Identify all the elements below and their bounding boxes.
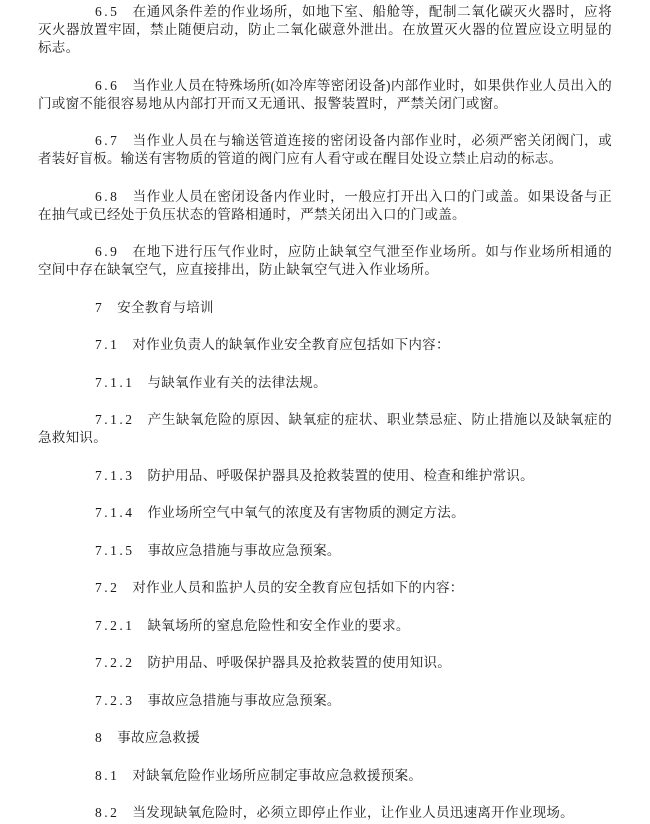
section-7-2-2: 7.2.2防护用品、呼吸保护器具及抢救装置的使用知识。 (38, 654, 612, 672)
section-number: 8.2 (95, 805, 119, 820)
section-6-9: 6.9在地下进行压气作业时，应防止缺氧空气泄至作业场所。如与作业场所相通的空间中… (38, 243, 612, 279)
section-6-8: 6.8当作业人员在密闭设备内作业时，一般应打开出入口的门或盖。如果设备与正在抽气… (38, 188, 612, 224)
document-body: 6.5在通风条件差的作业场所，如地下室、船舱等，配制二氧化碳灭火器时，应将灭火器… (38, 3, 612, 822)
section-number: 7.2.2 (95, 655, 135, 670)
section-number: 7.2.3 (95, 693, 135, 708)
section-text: 对作业人员和监护人员的安全教育应包括如下的内容： (132, 580, 463, 595)
section-text: 当作业人员在特殊场所(如冷库等密闭设备)内部作业时，如果供作业人员出入的门或窗不… (38, 78, 612, 111)
section-number: 7.2.1 (95, 618, 135, 633)
section-text: 防护用品、呼吸保护器具及抢救装置的使用、检查和维护常识。 (148, 468, 534, 483)
section-6-5: 6.5在通风条件差的作业场所，如地下室、船舱等，配制二氧化碳灭火器时，应将灭火器… (38, 3, 612, 57)
section-text: 当发现缺氧危险时，必须立即停止作业，让作业人员迅速离开作业现场。 (132, 805, 574, 820)
section-text: 对作业负责人的缺氧作业安全教育应包括如下内容： (132, 337, 449, 352)
chapter-7-heading: 7安全教育与培训 (38, 299, 612, 317)
section-8-1: 8.1对缺氧危险作业场所应制定事故应急救援预案。 (38, 767, 612, 785)
section-number: 8.1 (95, 768, 119, 783)
section-number: 6.7 (95, 133, 119, 148)
section-7-2: 7.2对作业人员和监护人员的安全教育应包括如下的内容： (38, 579, 612, 597)
section-number: 7.1.4 (95, 505, 135, 520)
chapter-number: 8 (95, 730, 104, 745)
section-number: 6.9 (95, 244, 119, 259)
section-7-1-3: 7.1.3防护用品、呼吸保护器具及抢救装置的使用、检查和维护常识。 (38, 467, 612, 485)
section-6-7: 6.7当作业人员在与输送管道连接的密闭设备内部作业时，必须严密关闭阀门，或者装好… (38, 132, 612, 168)
chapter-title: 事故应急救援 (117, 730, 200, 745)
document-page: 6.5在通风条件差的作业场所，如地下室、船舱等，配制二氧化碳灭火器时，应将灭火器… (0, 0, 650, 824)
section-text: 防护用品、呼吸保护器具及抢救装置的使用知识。 (148, 655, 452, 670)
section-7-1-5: 7.1.5事故应急措施与事故应急预案。 (38, 542, 612, 560)
section-text: 事故应急措施与事故应急预案。 (148, 543, 341, 558)
section-7-1-2: 7.1.2产生缺氧危险的原因、缺氧症的症状、职业禁忌症、防止措施以及缺氧症的急救… (38, 411, 612, 447)
section-number: 7.1.2 (95, 412, 135, 427)
section-number: 7.1.5 (95, 543, 135, 558)
section-number: 6.6 (95, 78, 119, 93)
chapter-number: 7 (95, 300, 104, 315)
section-7-1-1: 7.1.1与缺氧作业有关的法律法规。 (38, 374, 612, 392)
section-text: 与缺氧作业有关的法律法规。 (148, 375, 327, 390)
chapter-title: 安全教育与培训 (117, 300, 214, 315)
section-text: 缺氧场所的窒息危险性和安全作业的要求。 (148, 618, 410, 633)
chapter-8-heading: 8事故应急救援 (38, 729, 612, 747)
section-6-6: 6.6当作业人员在特殊场所(如冷库等密闭设备)内部作业时，如果供作业人员出入的门… (38, 77, 612, 113)
section-text: 对缺氧危险作业场所应制定事故应急救援预案。 (132, 768, 422, 783)
section-7-1-4: 7.1.4作业场所空气中氧气的浓度及有害物质的测定方法。 (38, 504, 612, 522)
section-number: 7.1 (95, 337, 119, 352)
section-text: 当作业人员在与输送管道连接的密闭设备内部作业时，必须严密关闭阀门，或者装好盲板。… (38, 133, 612, 166)
section-8-2: 8.2当发现缺氧危险时，必须立即停止作业，让作业人员迅速离开作业现场。 (38, 804, 612, 822)
section-text: 在地下进行压气作业时，应防止缺氧空气泄至作业场所。如与作业场所相通的空间中存在缺… (38, 244, 612, 277)
section-text: 作业场所空气中氧气的浓度及有害物质的测定方法。 (148, 505, 465, 520)
section-number: 7.1.3 (95, 468, 135, 483)
section-text: 在通风条件差的作业场所，如地下室、船舱等，配制二氧化碳灭火器时，应将灭火器放置牢… (38, 4, 612, 55)
section-7-2-1: 7.2.1缺氧场所的窒息危险性和安全作业的要求。 (38, 617, 612, 635)
section-number: 6.5 (95, 4, 119, 19)
section-text: 事故应急措施与事故应急预案。 (148, 693, 341, 708)
section-number: 7.2 (95, 580, 119, 595)
section-text: 当作业人员在密闭设备内作业时，一般应打开出入口的门或盖。如果设备与正在抽气或已经… (38, 189, 612, 222)
section-number: 7.1.1 (95, 375, 135, 390)
section-number: 6.8 (95, 189, 119, 204)
section-7-2-3: 7.2.3事故应急措施与事故应急预案。 (38, 692, 612, 710)
section-7-1: 7.1对作业负责人的缺氧作业安全教育应包括如下内容： (38, 336, 612, 354)
